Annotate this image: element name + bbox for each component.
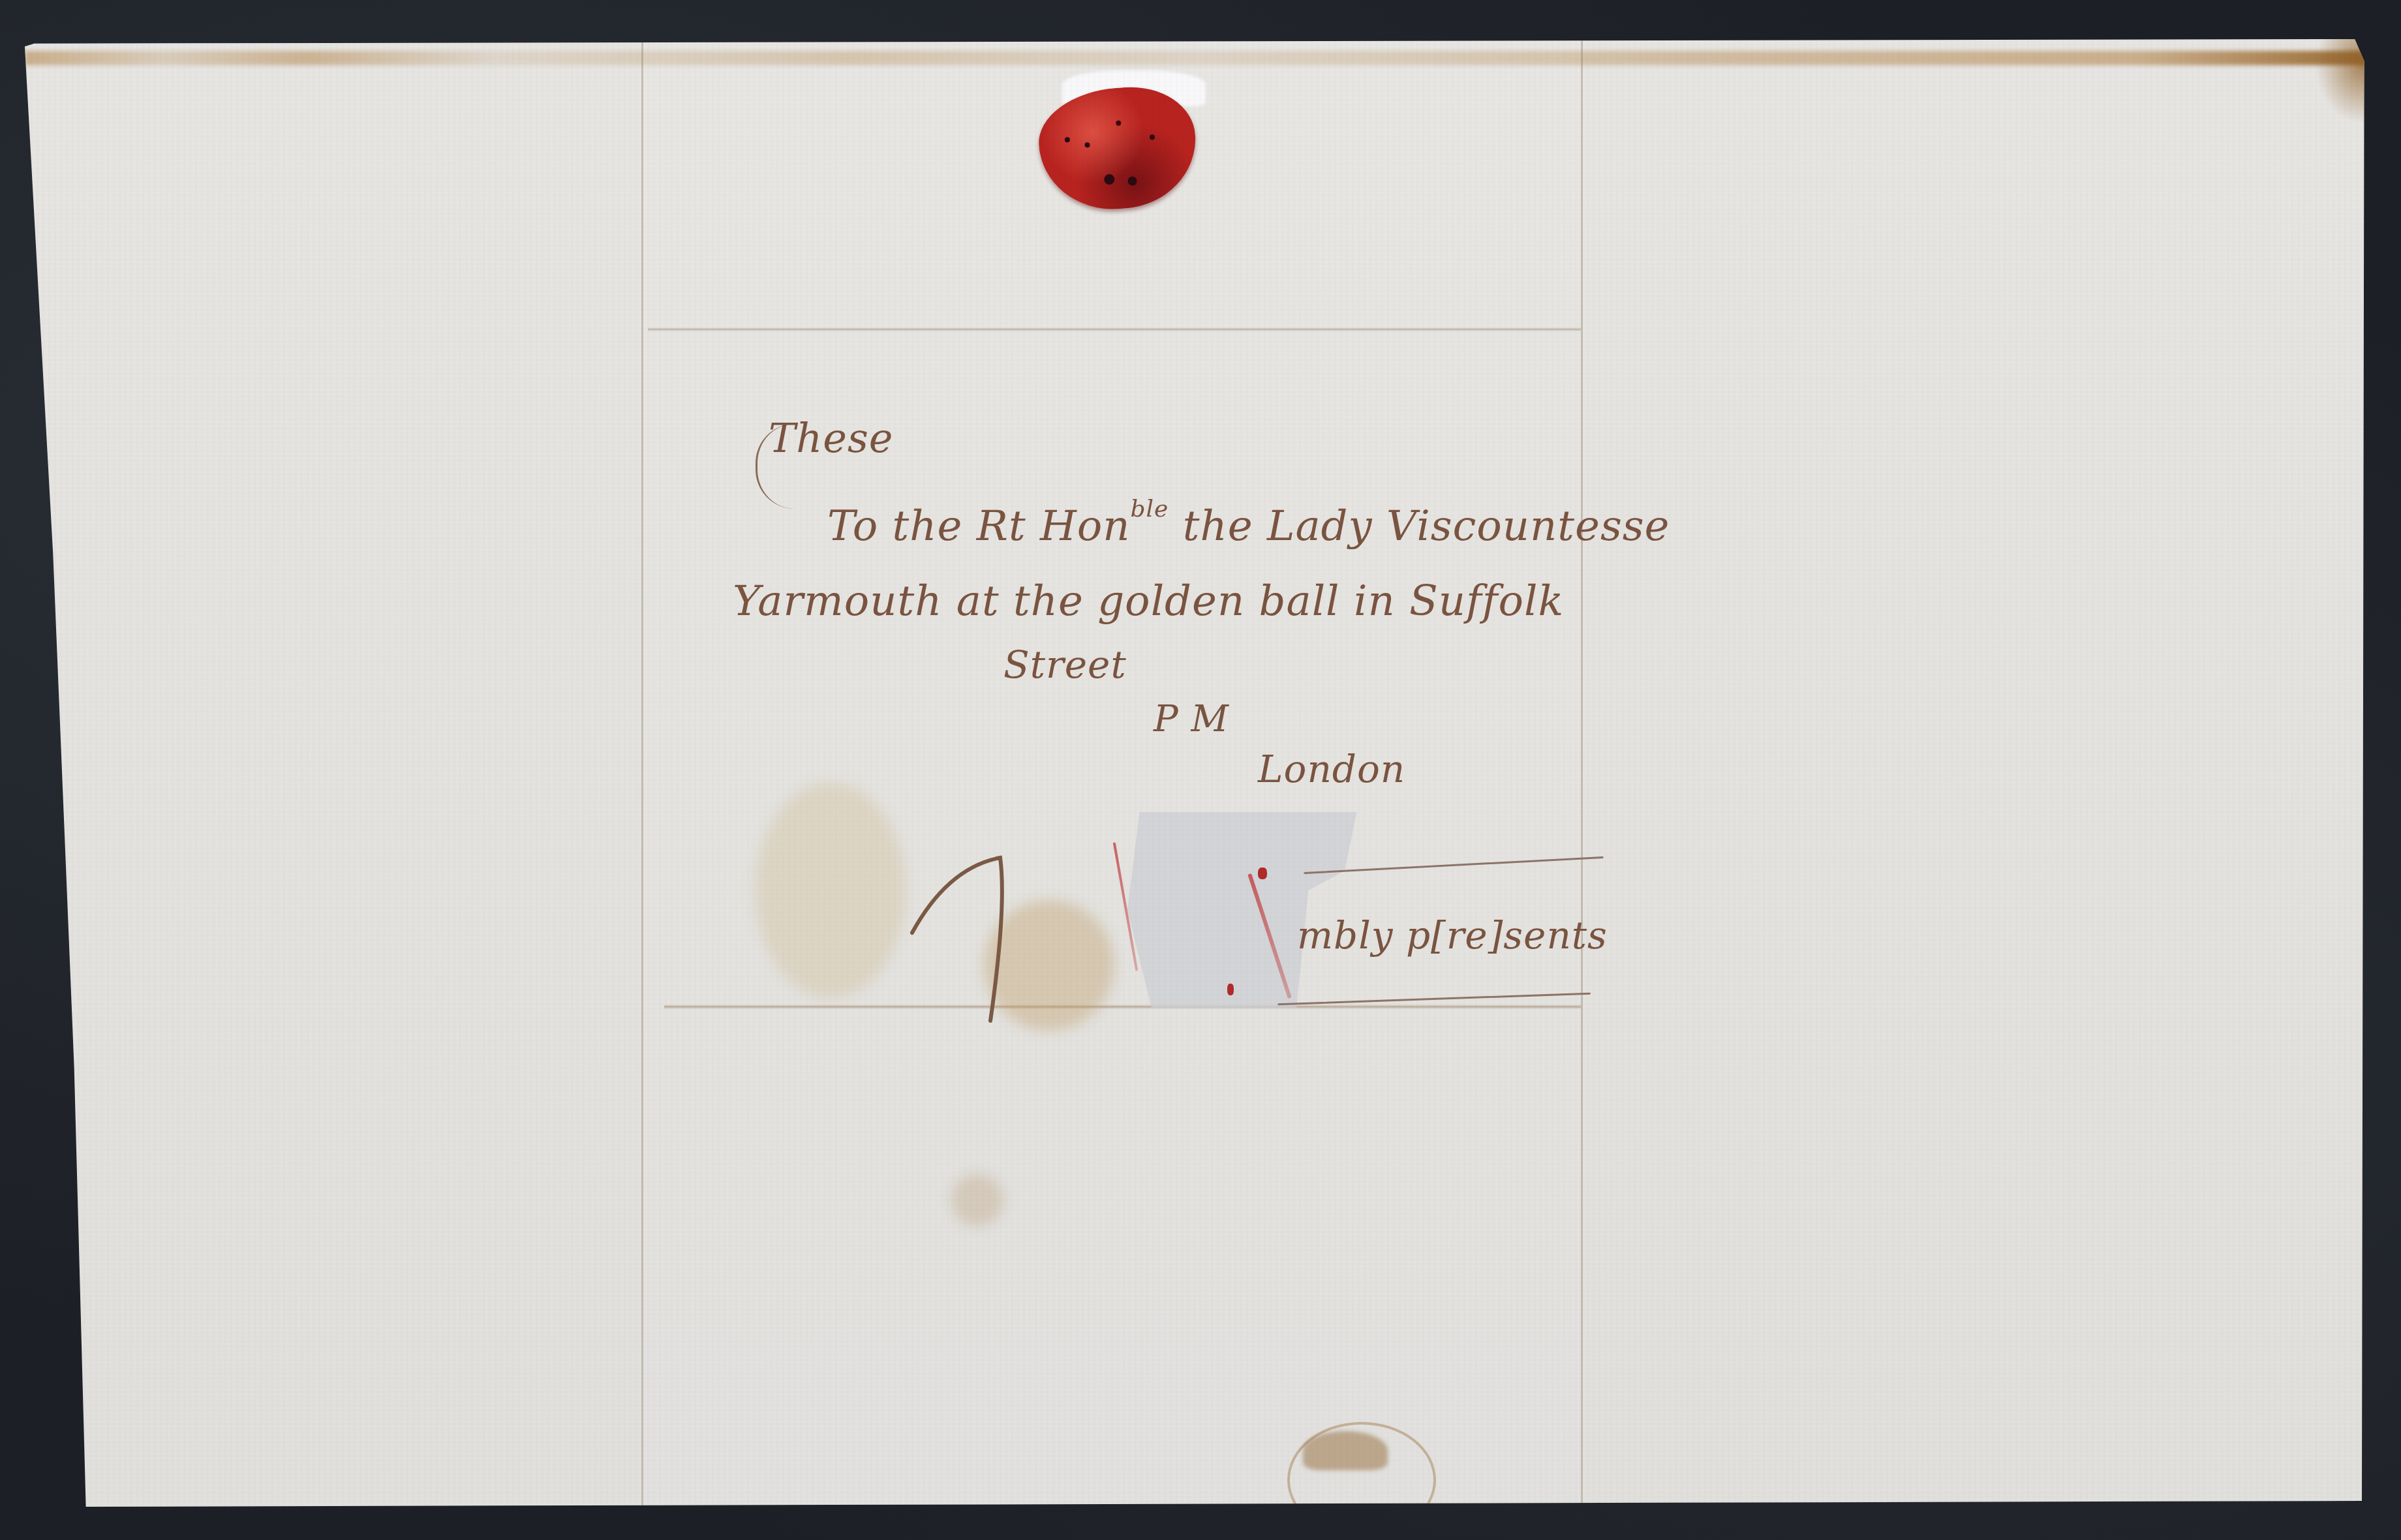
address-line-3: Street: [1003, 642, 1127, 687]
document-photo: These To the Rt Honble the Lady Viscount…: [0, 0, 2401, 1540]
horizontal-fold-top: [648, 327, 1581, 331]
address-line-2: Yarmouth at the golden ball in Suffolk: [733, 577, 1564, 626]
destination-city: London: [1258, 747, 1405, 791]
address-panel: [643, 39, 1581, 1507]
salutation: These: [769, 414, 893, 462]
water-stain: [756, 783, 906, 998]
address-line-1-prefix: To the Rt Hon: [827, 502, 1131, 551]
address-line-1: To the Rt Honble the Lady Viscountesse: [827, 496, 1670, 551]
red-wax-fragment: [1258, 868, 1267, 879]
ink-stroke-icon: [909, 854, 1026, 1024]
horizontal-fold-bottom: [664, 1004, 1581, 1009]
red-wax-fragment: [1227, 984, 1234, 995]
tack-hole-icon: [2374, 594, 2393, 613]
closing-fragment: mbly p[re]sents: [1297, 913, 1608, 958]
postmark-stamp-icon: [1287, 1422, 1436, 1538]
postal-marking: P M: [1154, 698, 1229, 740]
corner-stain: [2315, 39, 2374, 124]
vertical-fold-left: [641, 39, 643, 1507]
address-line-1-suffix: the Lady Viscountesse: [1169, 502, 1670, 551]
vertical-fold-right: [1581, 39, 1583, 1507]
honorific-superscript: ble: [1131, 496, 1169, 522]
water-stain: [951, 1174, 1003, 1226]
letter-sheet: These To the Rt Honble the Lady Viscount…: [25, 39, 2374, 1507]
